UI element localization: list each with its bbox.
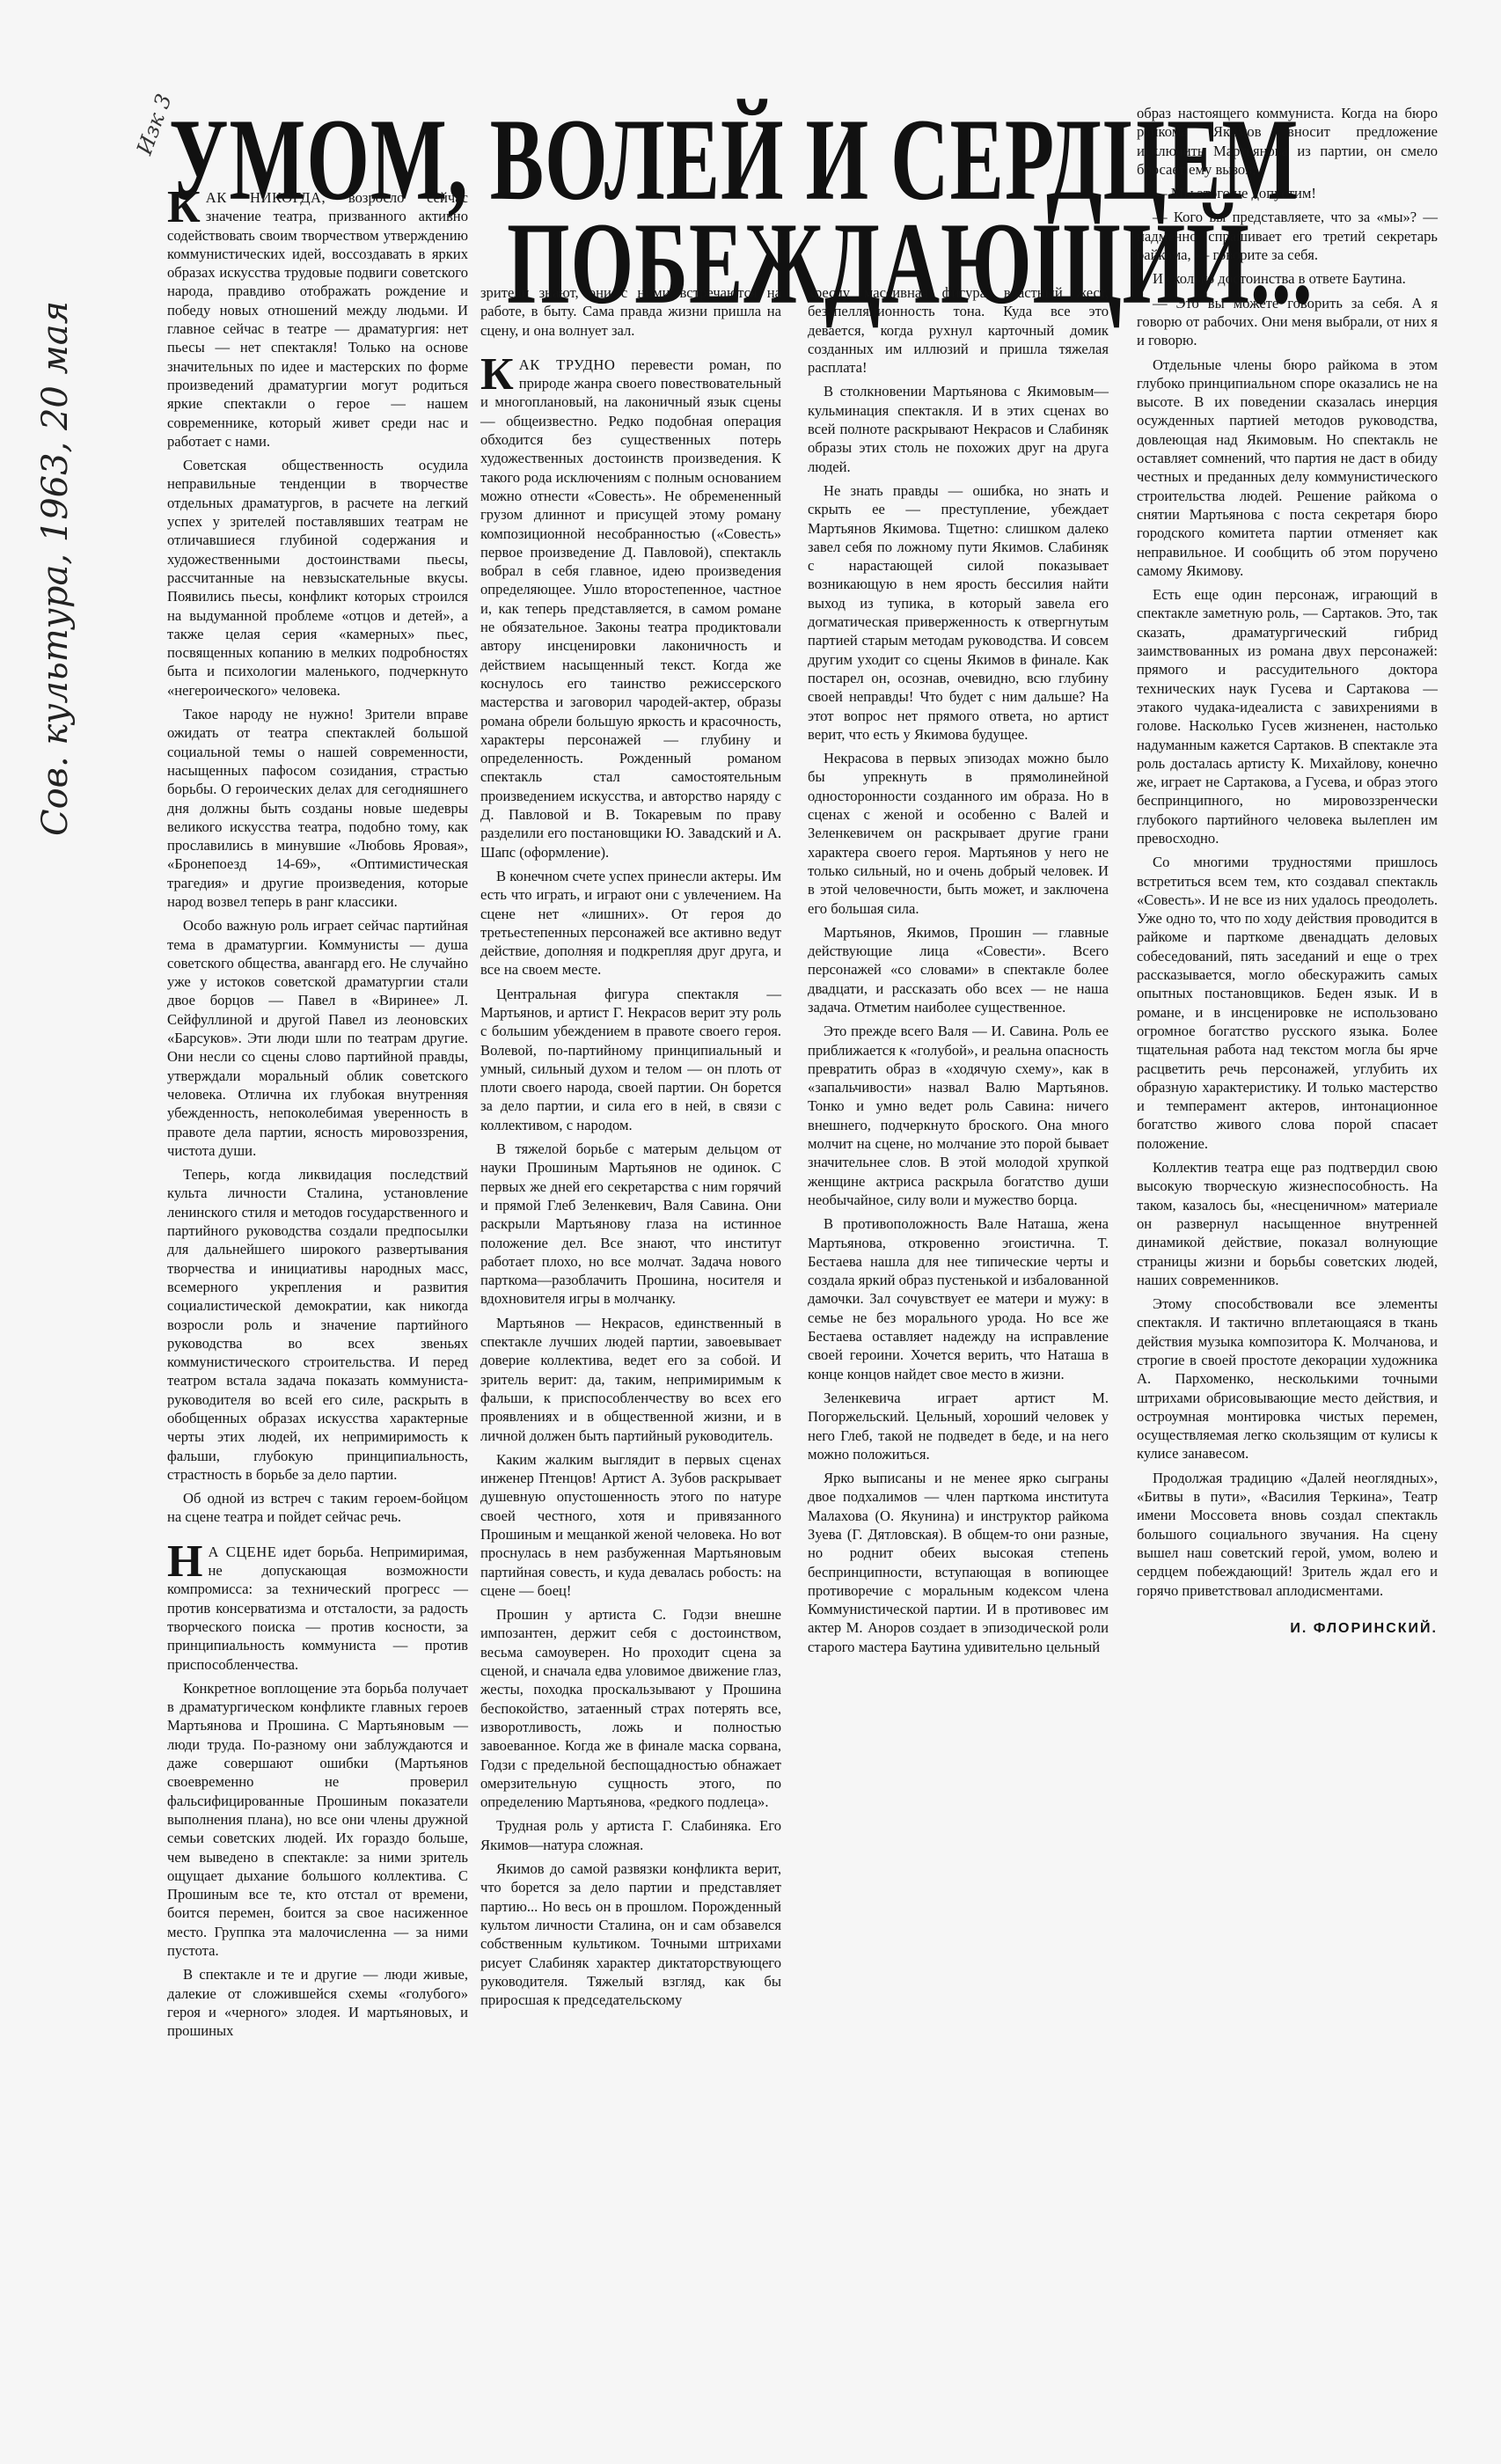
paragraph: В конечном счете успех принесли актеры. …: [480, 867, 781, 979]
paragraph: Ярко выписаны и не менее ярко сыграны дв…: [808, 1469, 1109, 1656]
paragraph: Некрасова в первых эпизодах можно было б…: [808, 749, 1109, 918]
paragraph: — Это вы можете говорить за себя. А я го…: [1137, 294, 1438, 350]
lead-in: А СЦЕНЕ: [208, 1544, 276, 1560]
paragraph-text: идет борьба. Непримиримая, не допускающа…: [167, 1544, 468, 1673]
paragraph: Особо важную роль играет сейчас партийна…: [167, 916, 468, 1160]
paragraph: Зеленкевича играет артист М. Погоржельск…: [808, 1389, 1109, 1463]
author-byline: И. ФЛОРИНСКИЙ.: [1137, 1619, 1438, 1638]
handwritten-source-note: Сов. культура, 1963, 20 мая: [35, 301, 76, 836]
article-column-1: КАК НИКОГДА, возросло сейчас значение те…: [167, 188, 468, 2046]
paragraph: — Кого вы представляете, что за «мы»? — …: [1137, 208, 1438, 264]
paragraph: креслу массивная фигура, властный жест, …: [808, 283, 1109, 377]
paragraph: НА СЦЕНЕ идет борьба. Непримиримая, не д…: [167, 1543, 468, 1674]
paragraph: Такое народу не нужно! Зрители вправе ож…: [167, 705, 468, 911]
article-column-3: креслу массивная фигура, властный жест, …: [808, 283, 1109, 1661]
paragraph: Центральная фигура спектакля — Мартьянов…: [480, 985, 781, 1134]
paragraph: Советская общественность осудила неправи…: [167, 456, 468, 700]
paragraph: КАК НИКОГДА, возросло сейчас значение те…: [167, 188, 468, 451]
paragraph: В противоположность Вале Наташа, жена Ма…: [808, 1214, 1109, 1383]
paragraph: В спектакле и те и другие — люди живые, …: [167, 1965, 468, 2040]
paragraph: Есть еще один персонаж, играющий в спект…: [1137, 585, 1438, 847]
paragraph: Мартьянов, Якимов, Прошин — главные дейс…: [808, 923, 1109, 1016]
paragraph: зрители знают, они с ними встречаются на…: [480, 283, 781, 340]
paragraph-text: перевести роман, по природе жанра своего…: [480, 356, 781, 861]
paragraph: Это прежде всего Валя — И. Савина. Роль …: [808, 1022, 1109, 1209]
paragraph: Продолжая традицию «Далей неоглядных», «…: [1137, 1469, 1438, 1600]
paragraph: В тяжелой борьбе с матерым дельцом от на…: [480, 1140, 781, 1309]
paragraph: Отдельные члены бюро райкома в этом глуб…: [1137, 356, 1438, 581]
drop-cap: Н: [167, 1544, 202, 1580]
paragraph: Трудная роль у артиста Г. Слабиняка. Его…: [480, 1816, 781, 1854]
drop-cap: К: [480, 357, 514, 392]
paragraph: — Мы этого не допустим!: [1137, 184, 1438, 202]
paragraph: Мартьянов — Некрасов, единственный в спе…: [480, 1314, 781, 1445]
paragraph: Не знать правды — ошибка, но знать и скр…: [808, 481, 1109, 744]
paragraph: Якимов до самой развязки конфликта верит…: [480, 1859, 781, 2009]
article-column-4: образ настоящего коммуниста. Когда на бю…: [1137, 104, 1438, 1638]
paragraph: Каким жалким выглядит в первых сценах ин…: [480, 1450, 781, 1600]
paragraph: КАК ТРУДНО перевести роман, по природе ж…: [480, 356, 781, 862]
paragraph: Теперь, когда ликвидация последствий кул…: [167, 1165, 468, 1484]
lead-in: АК НИКОГДА,: [206, 189, 326, 206]
paragraph: Конкретное воплощение эта борьба получае…: [167, 1679, 468, 1960]
paragraph: И сколько достоинства в ответе Баутина.: [1137, 269, 1438, 288]
paragraph: Со многими трудностями пришлось встретит…: [1137, 853, 1438, 1153]
drop-cap: К: [167, 190, 201, 225]
article-column-2: зрители знают, они с ними встречаются на…: [480, 283, 781, 2014]
paragraph: Коллектив театра еще раз подтвердил свою…: [1137, 1158, 1438, 1289]
paragraph-text: возросло сейчас значение театра, призван…: [167, 189, 468, 450]
lead-in: АК ТРУДНО: [519, 356, 616, 373]
paragraph: Этому способствовали все элементы спекта…: [1137, 1294, 1438, 1463]
paragraph: В столкновении Мартьянова с Якимовым—кул…: [808, 382, 1109, 475]
paragraph: Прошин у артиста С. Годзи внешне импозан…: [480, 1605, 781, 1811]
paragraph: Об одной из встреч с таким героем-бойцом…: [167, 1489, 468, 1527]
paragraph: образ настоящего коммуниста. Когда на бю…: [1137, 104, 1438, 179]
